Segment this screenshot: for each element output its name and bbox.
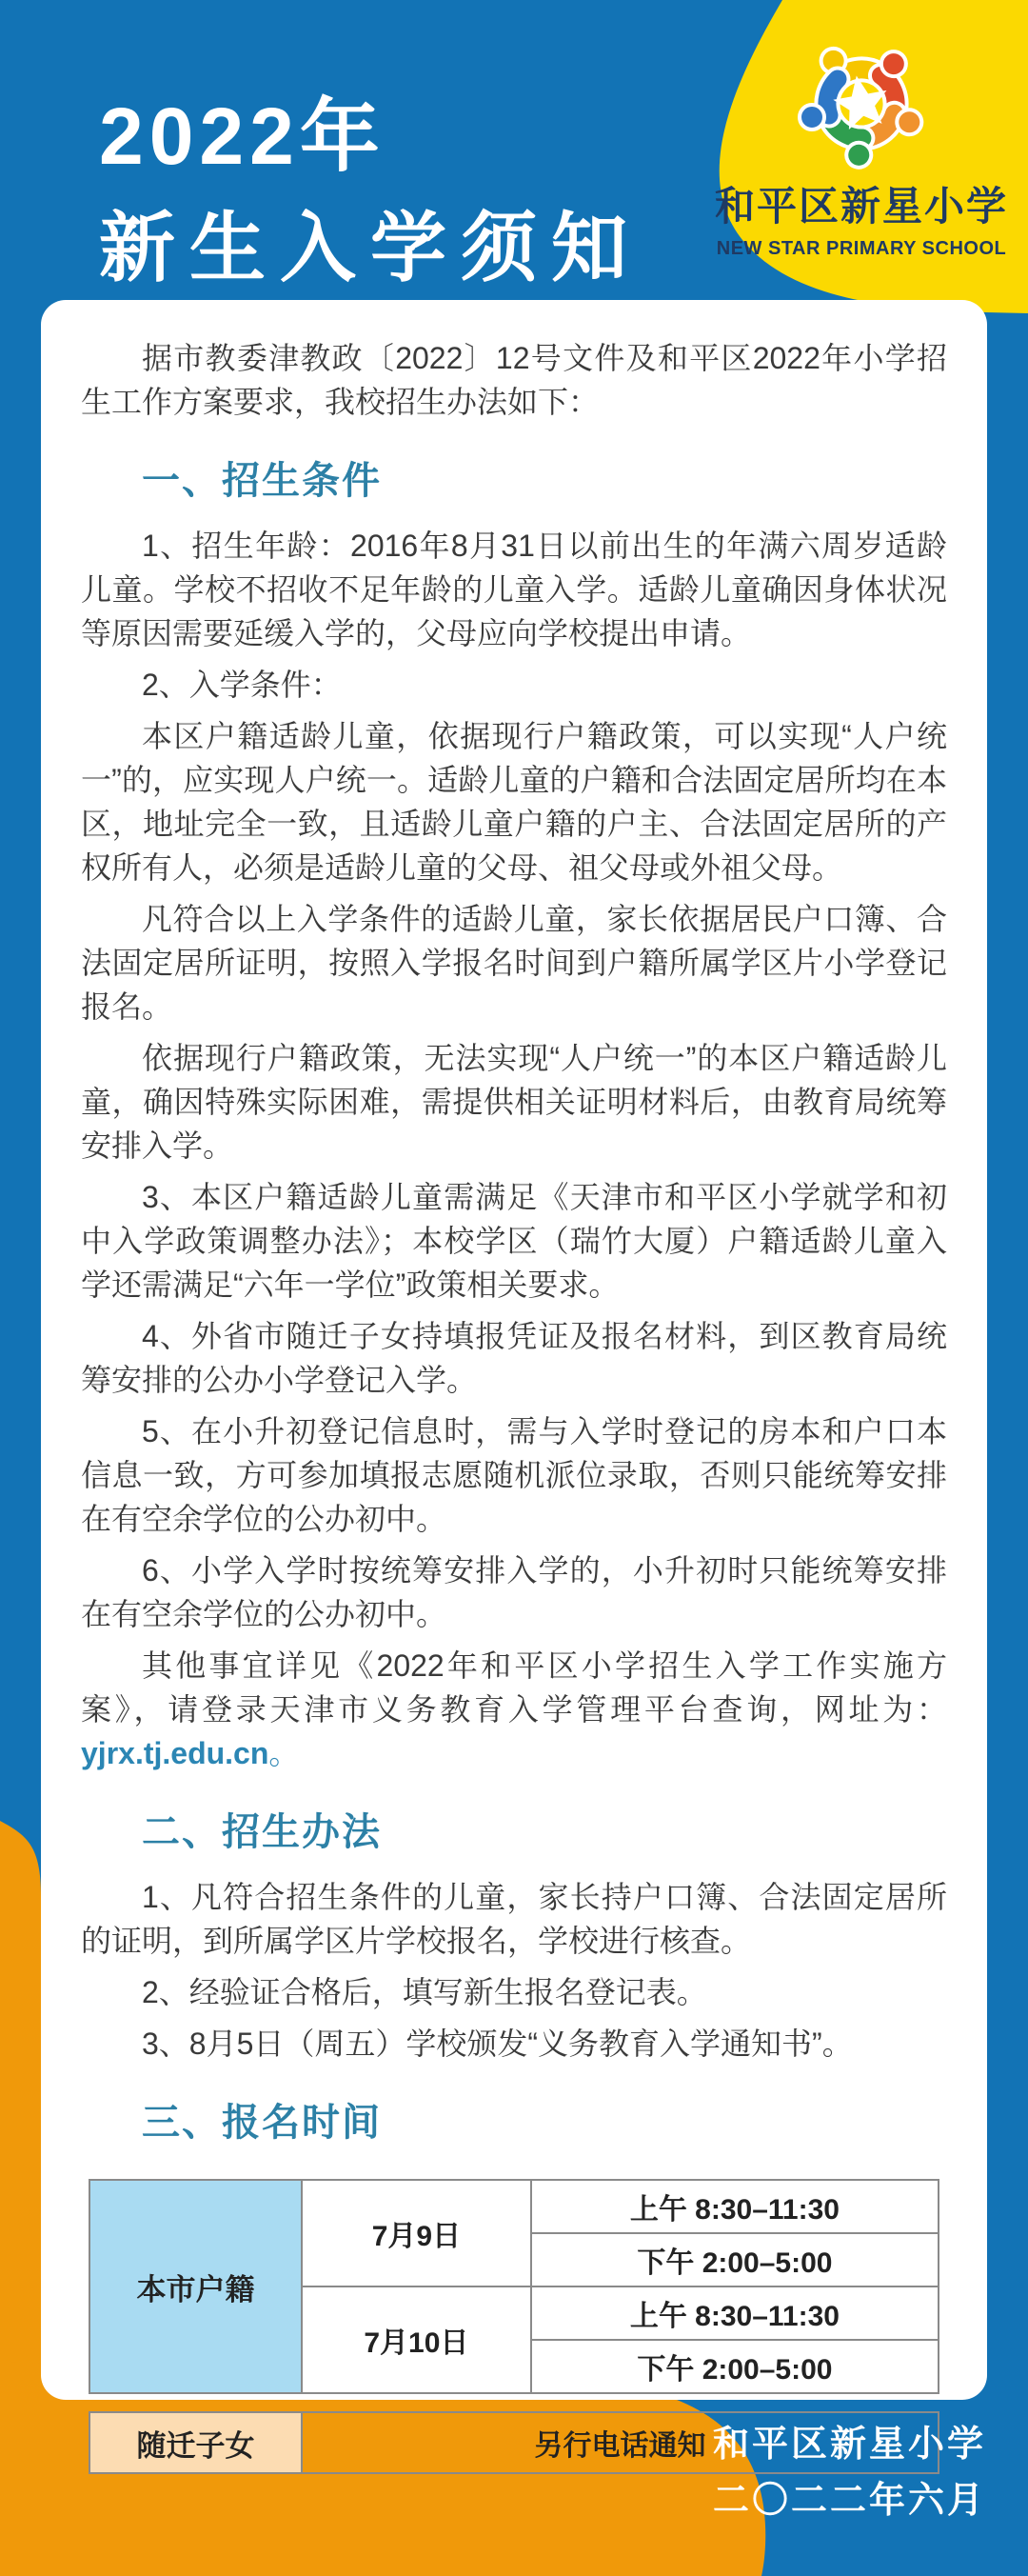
- school-logo: 和平区新星小学 NEW STAR PRIMARY SCHOOL: [700, 32, 1023, 260]
- title-year: 2022年: [99, 96, 642, 176]
- page-title: 2022年 新生入学须知: [99, 96, 642, 287]
- title-text: 新生入学须知: [99, 210, 642, 287]
- date-cell: 7月10日: [302, 2286, 531, 2393]
- school-name-en: NEW STAR PRIMARY SCHOOL: [700, 238, 1023, 260]
- star-people-logo-icon: [790, 32, 933, 175]
- paragraph: 本区户籍适龄儿童，依据现行户籍政策，可以实现“人户统一”的，应实现人户统一。适龄…: [81, 714, 947, 889]
- school-name-cn: 和平区新星小学: [700, 175, 1023, 232]
- paragraph: 1、凡符合招生条件的儿童，家长持户口簿、合法固定居所的证明，到所属学区片学校报名…: [81, 1875, 947, 1963]
- time-cell: 下午 2:00–5:00: [531, 2340, 939, 2393]
- section-heading-enrollment-conditions: 一、招生条件: [142, 450, 947, 505]
- paragraph: 3、8月5日（周五）学校颁发“义务教育入学通知书”。: [81, 2022, 947, 2066]
- notice-card: 据市教委津教政〔2022〕12号文件及和平区2022年小学招生工作方案要求，我校…: [41, 300, 987, 2400]
- table-row: 本市户籍 7月9日 上午 8:30–11:30: [89, 2180, 939, 2233]
- paragraph: 2、入学条件：: [81, 663, 947, 707]
- section-heading-registration-time: 三、报名时间: [142, 2092, 947, 2147]
- paragraph: 2、经验证合格后，填写新生报名登记表。: [81, 1970, 947, 2014]
- paragraph: 4、外省市随迁子女持填报凭证及报名材料，到区教育局统筹安排的公办小学登记入学。: [81, 1314, 947, 1402]
- closing-text: 其他事宜详见《2022年和平区小学招生入学工作实施方案》，请登录天津市义务教育入…: [81, 1648, 947, 1727]
- paragraph: 依据现行户籍政策，无法实现“人户统一”的本区户籍适龄儿童，确因特殊实际困难，需提…: [81, 1036, 947, 1168]
- paragraph: 3、本区户籍适龄儿童需满足《天津市和平区小学就学和初中入学政策调整办法》；本校学…: [81, 1175, 947, 1307]
- time-cell: 下午 2:00–5:00: [531, 2233, 939, 2286]
- local-household-label-cell: 本市户籍: [89, 2180, 302, 2393]
- paragraph: 6、小学入学时按统筹安排入学的，小升初时只能统筹安排在有空余学位的公办初中。: [81, 1548, 947, 1636]
- footer-date: 二〇二二年六月: [713, 2473, 986, 2529]
- footer-school-name: 和平区新星小学: [713, 2417, 986, 2473]
- time-cell: 上午 8:30–11:30: [531, 2180, 939, 2233]
- date-cell: 7月9日: [302, 2180, 531, 2286]
- time-cell: 上午 8:30–11:30: [531, 2286, 939, 2340]
- paragraph: 5、在小升初登记信息时，需与入学时登记的房本和户口本信息一致，方可参加填报志愿随…: [81, 1409, 947, 1541]
- closing-period: 。: [268, 1736, 299, 1770]
- migrant-children-label-cell: 随迁子女: [89, 2412, 302, 2473]
- enrollment-notice-poster: 2022年 新生入学须知: [0, 0, 1028, 2576]
- registration-schedule-table: 本市户籍 7月9日 上午 8:30–11:30 下午 2:00–5:00 7月1…: [89, 2179, 939, 2394]
- closing-paragraph: 其他事宜详见《2022年和平区小学招生入学工作实施方案》，请登录天津市义务教育入…: [81, 1644, 947, 1775]
- section-heading-enrollment-method: 二、招生办法: [142, 1802, 947, 1856]
- intro-paragraph: 据市教委津教政〔2022〕12号文件及和平区2022年小学招生工作方案要求，我校…: [81, 336, 947, 424]
- footer-signature: 和平区新星小学 二〇二二年六月: [713, 2417, 986, 2529]
- paragraph: 1、招生年龄：2016年8月31日以前出生的年满六周岁适龄儿童。学校不招收不足年…: [81, 524, 947, 655]
- paragraph: 凡符合以上入学条件的适龄儿童，家长依据居民户口簿、合法固定居所证明，按照入学报名…: [81, 897, 947, 1028]
- enrollment-platform-url-link[interactable]: yjrx.tj.edu.cn: [81, 1736, 268, 1770]
